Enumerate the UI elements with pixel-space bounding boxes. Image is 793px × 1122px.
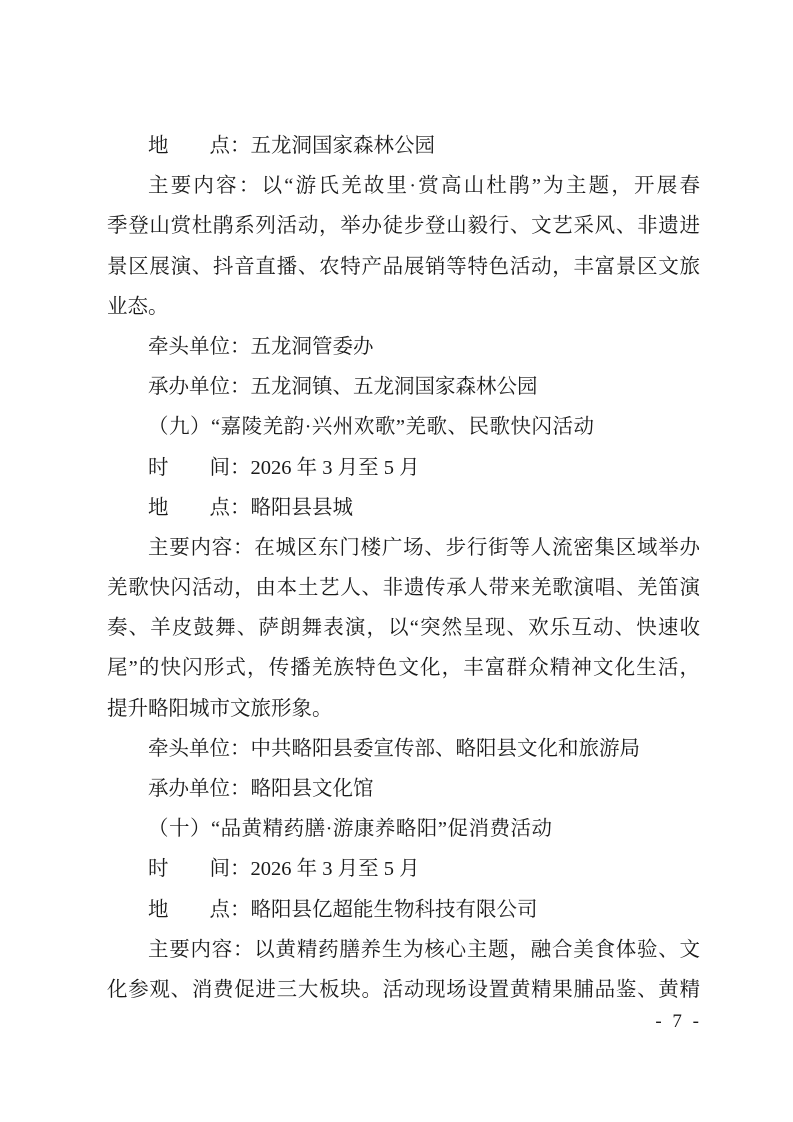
text-line: 季登山赏杜鹃系列活动，举办徒步登山毅行、文艺采风、非遗进 <box>107 206 700 246</box>
page-number: - 7 - <box>655 1010 699 1034</box>
text-line: 牵头单位：五龙洞管委办 <box>107 327 700 367</box>
text-line: 承办单位：略阳县文化馆 <box>107 769 700 809</box>
text-line: 牵头单位：中共略阳县委宣传部、略阳县文化和旅游局 <box>107 729 700 769</box>
text-line: 地 点：略阳县县城 <box>107 488 700 528</box>
text-line: 羌歌快闪活动，由本土艺人、非遗传承人带来羌歌演唱、羌笛演 <box>107 568 700 608</box>
text-line: 主要内容：以黄精药膳养生为核心主题，融合美食体验、文 <box>107 930 700 970</box>
section-heading-line: （九）“嘉陵羌韵·兴州欢歌”羌歌、民歌快闪活动 <box>107 407 700 447</box>
text-line: 景区展演、抖音直播、农特产品展销等特色活动，丰富景区文旅 <box>107 247 700 287</box>
text-line: 地 点：五龙洞国家森林公园 <box>107 126 700 166</box>
text-line: 地 点：略阳县亿超能生物科技有限公司 <box>107 890 700 930</box>
text-line: 时 间：2026 年 3 月至 5 月 <box>107 849 700 889</box>
text-line: 业态。 <box>107 287 700 327</box>
text-line: 主要内容：在城区东门楼广场、步行街等人流密集区域举办 <box>107 528 700 568</box>
text-line: 奏、羊皮鼓舞、萨朗舞表演，以“突然呈现、欢乐互动、快速收 <box>107 608 700 648</box>
text-line: 尾”的快闪形式，传播羌族特色文化，丰富群众精神文化生活， <box>107 648 700 688</box>
text-line: 时 间：2026 年 3 月至 5 月 <box>107 448 700 488</box>
text-line: 主要内容：以“游氏羌故里·赏高山杜鹃”为主题，开展春 <box>107 166 700 206</box>
document-page: 地 点：五龙洞国家森林公园主要内容：以“游氏羌故里·赏高山杜鹃”为主题，开展春季… <box>0 0 793 1122</box>
text-line: 提升略阳城市文旅形象。 <box>107 689 700 729</box>
text-line: 化参观、消费促进三大板块。活动现场设置黄精果脯品鉴、黄精 <box>107 970 700 1010</box>
section-heading-line: （十）“品黄精药膳·游康养略阳”促消费活动 <box>107 809 700 849</box>
text-line: 承办单位：五龙洞镇、五龙洞国家森林公园 <box>107 367 700 407</box>
document-body: 地 点：五龙洞国家森林公园主要内容：以“游氏羌故里·赏高山杜鹃”为主题，开展春季… <box>107 126 700 1010</box>
